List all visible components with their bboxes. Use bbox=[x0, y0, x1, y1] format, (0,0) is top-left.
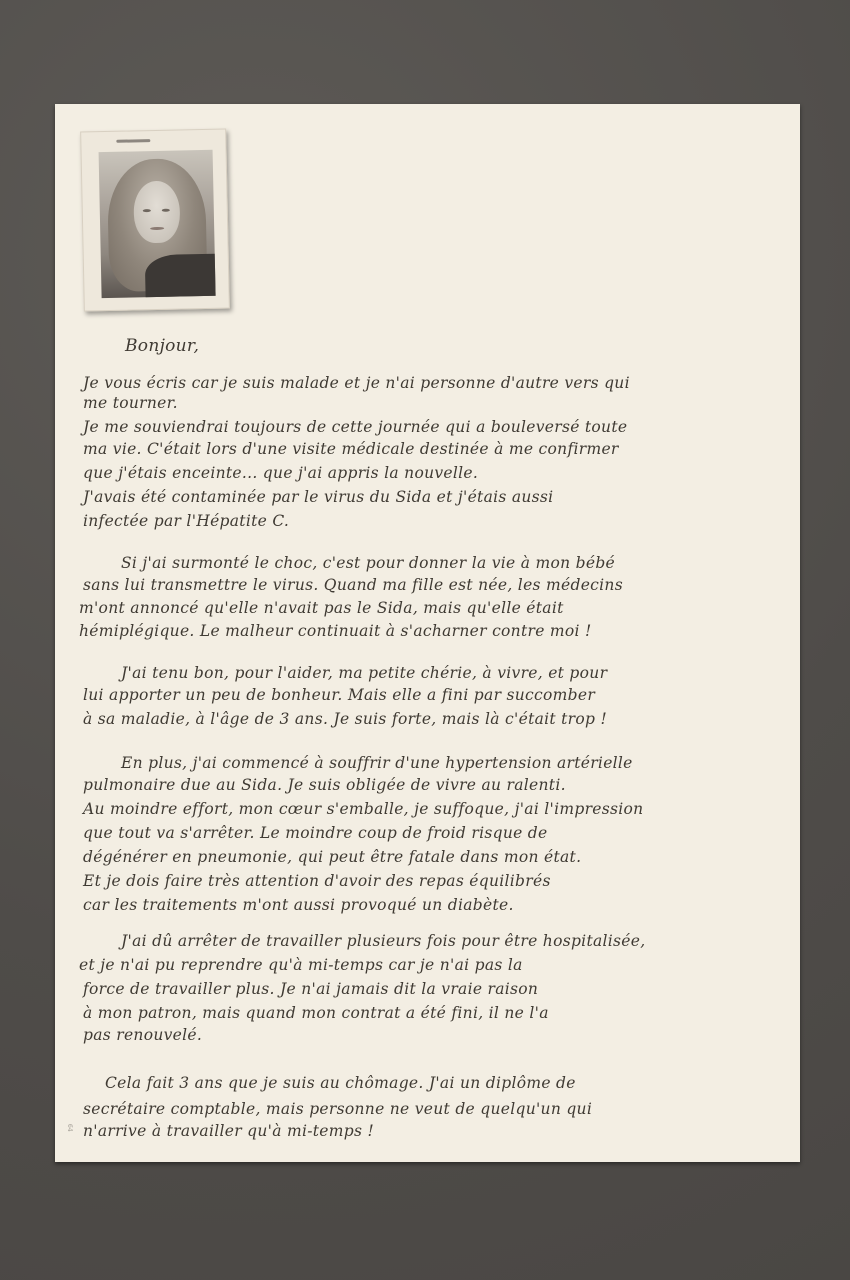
letter-line: Je me souviendrai toujours de cette jour… bbox=[83, 418, 627, 436]
letter-line: que j'étais enceinte... que j'ai appris … bbox=[83, 464, 478, 482]
letter-line: Je vous écris car je suis malade et je n… bbox=[83, 374, 630, 392]
letter-line: Au moindre effort, mon cœur s'emballe, j… bbox=[83, 800, 643, 818]
letter-line: hémiplégique. Le malheur continuait à s'… bbox=[79, 622, 592, 640]
letter-line: J'ai dû arrêter de travailler plusieurs … bbox=[121, 932, 645, 950]
margin-mark: 64 bbox=[67, 1124, 73, 1138]
portrait-photo bbox=[99, 150, 216, 298]
letter-line: dégénérer en pneumonie, qui peut être fa… bbox=[83, 848, 581, 866]
letter-line: m'ont annoncé qu'elle n'avait pas le Sid… bbox=[79, 599, 564, 617]
letter-line: pulmonaire due au Sida. Je suis obligée … bbox=[83, 776, 566, 794]
letter-line: me tourner. bbox=[83, 394, 178, 412]
tape-mark bbox=[116, 139, 150, 143]
letter-line: n'arrive à travailler qu'à mi-temps ! bbox=[83, 1122, 374, 1140]
letter-line: secrétaire comptable, mais personne ne v… bbox=[83, 1100, 592, 1118]
letter-line: infectée par l'Hépatite C. bbox=[83, 512, 289, 530]
letter-line: force de travailler plus. Je n'ai jamais… bbox=[83, 980, 538, 998]
letter-line: sans lui transmettre le virus. Quand ma … bbox=[83, 576, 623, 594]
letter-line: et je n'ai pu reprendre qu'à mi-temps ca… bbox=[79, 956, 523, 974]
letter-line: car les traitements m'ont aussi provoqué… bbox=[83, 896, 514, 914]
letter-line: lui apporter un peu de bonheur. Mais ell… bbox=[83, 686, 595, 704]
letter-line: à mon patron, mais quand mon contrat a é… bbox=[83, 1004, 549, 1022]
letter-page: Bonjour, Je vous écris car je suis malad… bbox=[55, 104, 800, 1162]
letter-line: En plus, j'ai commencé à souffrir d'une … bbox=[121, 754, 633, 772]
photo-frame bbox=[80, 128, 230, 311]
letter-line: ma vie. C'était lors d'une visite médica… bbox=[83, 440, 619, 458]
letter-line: pas renouvelé. bbox=[83, 1026, 202, 1044]
letter-line: J'ai tenu bon, pour l'aider, ma petite c… bbox=[121, 664, 607, 682]
letter-line: que tout va s'arrêter. Le moindre coup d… bbox=[83, 824, 548, 842]
greeting: Bonjour, bbox=[125, 336, 199, 356]
letter-line: Cela fait 3 ans que je suis au chômage. … bbox=[105, 1074, 576, 1092]
letter-line: Si j'ai surmonté le choc, c'est pour don… bbox=[121, 554, 615, 572]
letter-line: Et je dois faire très attention d'avoir … bbox=[83, 872, 551, 890]
letter-line: à sa maladie, à l'âge de 3 ans. Je suis … bbox=[83, 710, 607, 728]
letter-line: J'avais été contaminée par le virus du S… bbox=[83, 488, 553, 506]
